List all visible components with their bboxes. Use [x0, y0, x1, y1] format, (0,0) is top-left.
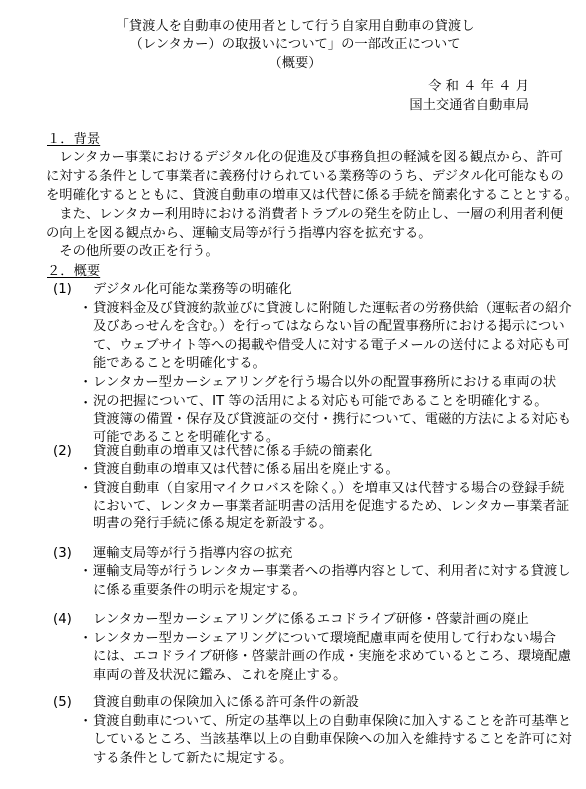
bullet-text: 貸渡自動車（自家用マイクロバスを除く。）を増車又は代替する場合の登録手続 [93, 480, 564, 498]
document-title-line-2: （レンタカー）の取扱いについて」の一部改正について [0, 36, 586, 54]
item-title: 貸渡自動車の増車又は代替に係る手続の簡素化 [93, 443, 372, 461]
bullet-text: 貸渡自動車について、所定の基準以上の自動車保険に加入することを許可基準と [93, 713, 571, 731]
paragraph-line: また、レンタカー利用時における消費者トラブルの発生を防止し、一層の利用者利便 [46, 206, 532, 224]
bullet-icon: ・ [79, 374, 92, 392]
bullet-text: に係る重要条件の明示を規定する。 [93, 582, 306, 600]
bullet-text: 況の把握について、IT 等の活用による対応も可能であることを明確化する。 [93, 393, 548, 411]
bullet-text: 能であることを明確化する。 [93, 355, 266, 373]
bullet-text: において、レンタカー事業者証明書の活用を促進するため、レンタカー事業者証 [93, 498, 569, 516]
item-number: (1) [53, 281, 72, 299]
bullet-text: する条件として新たに規定する。 [93, 750, 292, 768]
item-number: (3) [53, 545, 72, 563]
bullet-icon: ・ [79, 713, 92, 731]
paragraph-line: に対する条件として事業者に義務付けられている業務等のうち、デジタル化可能なもの [46, 168, 532, 186]
item-number: (5) [53, 694, 72, 712]
bullet-text: 及びあっせんを含む。）を行ってはならない旨の配置事務所における掲示につい [93, 318, 565, 336]
bullet-text: 運輸支局等が行うレンタカー事業者への指導内容として、利用者に対する貸渡し [93, 563, 571, 581]
paragraph-line: の向上を図る観点から、運輸支局等が行う指導内容を拡充する。 [46, 225, 532, 243]
bullet-icon: ・ [79, 395, 92, 413]
bullet-text: 貸渡簿の備置・保存及び貸渡証の交付・携行について、電磁的方法による対応も [93, 411, 571, 429]
bullet-icon: ・ [79, 630, 92, 648]
paragraph-line: その他所要の改正を行う。 [46, 243, 532, 261]
bullet-text: 貸渡自動車の増車又は代替に係る届出を廃止する。 [93, 461, 399, 479]
bullet-text: には、エコドライブ研修・啓蒙計画の作成・実施を求めているところ、環境配慮 [93, 648, 571, 666]
bullet-icon: ・ [79, 563, 92, 581]
bullet-text: 車両の普及状況に鑑み、これを廃止する。 [93, 667, 346, 685]
bullet-text: 明書の発行手続に係る規定を新設する。 [93, 515, 332, 533]
bullet-icon: ・ [79, 480, 92, 498]
bullet-text: て、ウェブサイト等への掲載や借受人に対する電子メールの送付による対応も可 [93, 337, 570, 355]
bullet-text: 貸渡料金及び貸渡約款並びに貸渡しに附随した運転者の労務供給（運転者の紹介 [93, 300, 572, 318]
item-title: デジタル化可能な業務等の明確化 [93, 281, 292, 299]
paragraph-line: を明確化するとともに、貸渡自動車の増車又は代替に係る手続を簡素化することとする。 [46, 187, 532, 205]
bullet-text: レンタカー型カーシェアリングについて環境配慮車両を使用して行わない場合 [93, 630, 556, 648]
document-date: 令 和 ４ 年 ４ 月 [428, 78, 529, 96]
item-number: (2) [53, 443, 72, 461]
item-title: 貸渡自動車の保険加入に係る許可条件の新設 [93, 694, 359, 712]
section-1-heading: １．背景 [47, 131, 100, 149]
document-title-line-1: 「貸渡人を自動車の使用者として行う自家用自動車の貸渡し [0, 18, 586, 36]
item-title: レンタカー型カーシェアリングに係るエコドライブ研修・啓蒙計画の廃止 [93, 611, 529, 629]
item-number: (4) [53, 611, 72, 629]
item-title: 運輸支局等が行う指導内容の拡充 [93, 545, 292, 563]
section-2-heading: ２．概要 [47, 263, 100, 281]
document-title-subtitle: （概要） [0, 55, 586, 73]
bullet-text: レンタカー型カーシェアリングを行う場合以外の配置事務所における車両の状 [93, 374, 556, 392]
paragraph-line: レンタカー事業におけるデジタル化の促進及び事務負担の軽減を図る観点から、許可 [46, 149, 532, 167]
bullet-icon: ・ [79, 461, 92, 479]
bullet-text: しているところ、当該基準以上の自動車保険への加入を維持することを許可に対 [93, 731, 572, 749]
issuer: 国土交通省自動車局 [409, 97, 529, 115]
bullet-icon: ・ [79, 300, 92, 318]
